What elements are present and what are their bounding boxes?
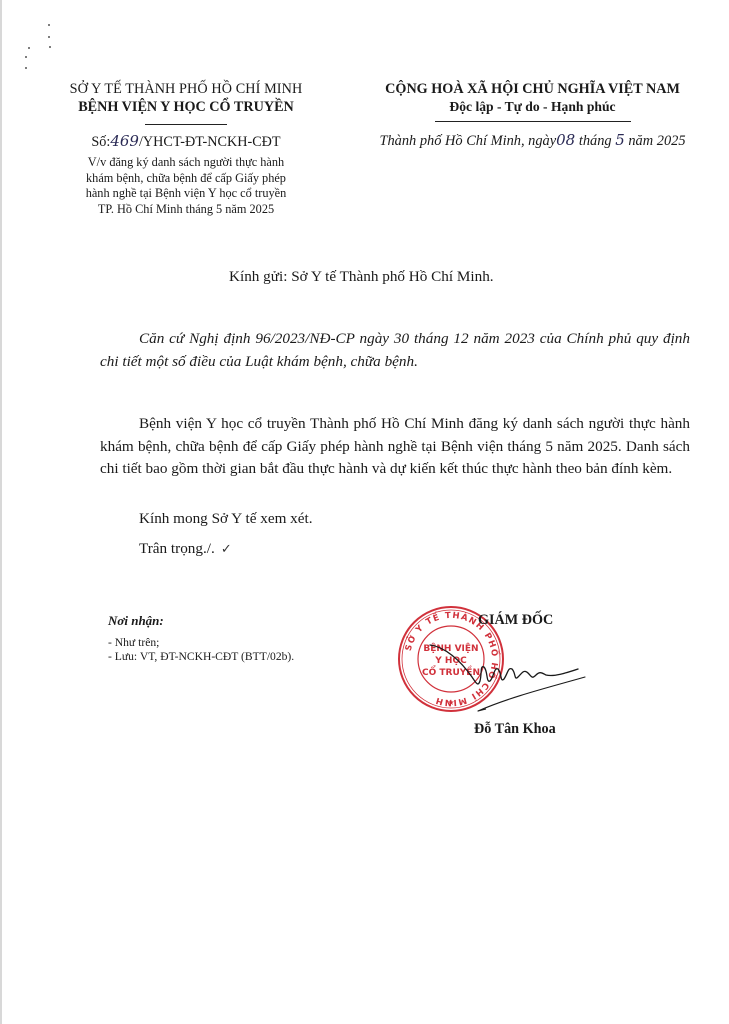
document-number: Số:469/YHCT-ĐT-NCKH-CĐT — [56, 131, 316, 152]
recipient-item: - Lưu: VT, ĐT-NCKH-CĐT (BTT/02b). — [108, 650, 294, 664]
greeting: Kính gửi: Sở Y tế Thành phố Hồ Chí Minh. — [229, 268, 494, 286]
national-header: CỘNG HOÀ XÃ HỘI CHỦ NGHĨA VIỆT NAM Độc l… — [340, 80, 725, 151]
request-line: Kính mong Sở Y tế xem xét. — [139, 510, 313, 528]
subject-summary: V/v đăng ký danh sách người thực hành kh… — [56, 155, 316, 217]
date-line: Thành phố Hồ Chí Minh, ngày08 tháng 5 nă… — [340, 130, 725, 151]
handwritten-month: 5 — [615, 131, 625, 149]
organization-name: BỆNH VIỆN Y HỌC CỔ TRUYỀN — [56, 98, 316, 116]
recipients-block: Nơi nhận: - Như trên; - Lưu: VT, ĐT-NCKH… — [108, 612, 294, 664]
nation-title: CỘNG HOÀ XÃ HỘI CHỦ NGHĨA VIỆT NAM — [340, 80, 725, 98]
initial-check-icon: ✓ — [221, 542, 232, 557]
closing-line: Trân trọng./.✓ — [139, 540, 232, 558]
recipients-title: Nơi nhận: — [108, 612, 294, 630]
handwritten-signature-icon — [420, 625, 590, 715]
issuer-block: SỞ Y TẾ THÀNH PHỐ HỒ CHÍ MINH BỆNH VIỆN … — [56, 80, 316, 217]
motto-divider — [435, 121, 631, 122]
scan-edge — [0, 0, 2, 1024]
national-motto: Độc lập - Tự do - Hạnh phúc — [340, 98, 725, 116]
handwritten-day: 08 — [556, 131, 575, 149]
signer-name: Đỗ Tân Khoa — [474, 721, 556, 738]
legal-basis-paragraph: Căn cứ Nghị định 96/2023/NĐ-CP ngày 30 t… — [100, 328, 690, 373]
handwritten-number: 469 — [110, 132, 139, 150]
main-paragraph: Bệnh viện Y học cổ truyền Thành phố Hồ C… — [100, 413, 690, 481]
issuer-divider — [145, 124, 227, 125]
agency-name: SỞ Y TẾ THÀNH PHỐ HỒ CHÍ MINH — [56, 80, 316, 98]
recipient-item: - Như trên; — [108, 636, 294, 650]
